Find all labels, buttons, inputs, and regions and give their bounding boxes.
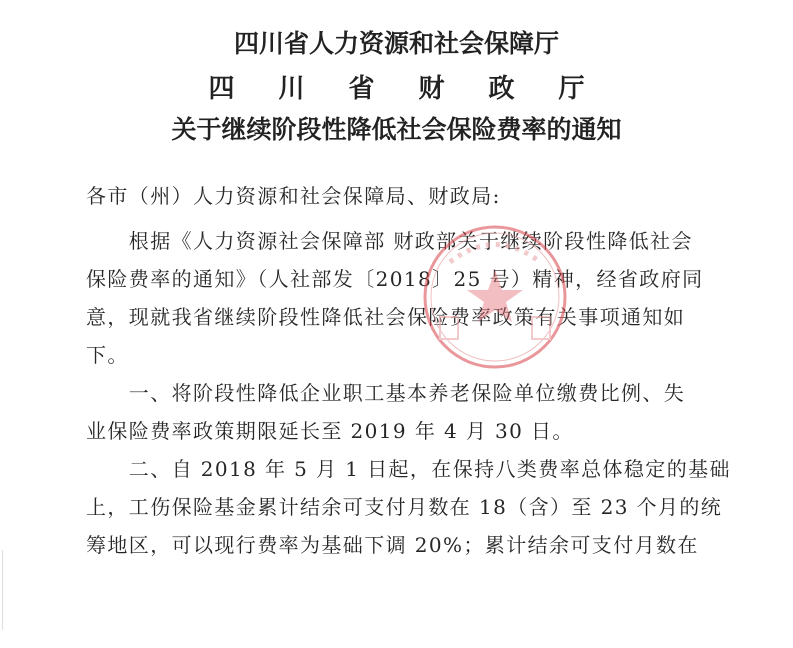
scan-edge-line	[2, 550, 3, 630]
issuer-char: 政	[489, 68, 515, 105]
paragraph-line: 根据《人力资源社会保障部 财政部关于继续阶段性降低社会	[86, 228, 706, 254]
issuer-char: 川	[278, 68, 304, 105]
issuer-char: 财	[419, 68, 445, 105]
issuer-title-hrss: 四川省人力资源和社会保障厅	[0, 24, 793, 60]
addressee: 各市（州）人力资源和社会保障局、财政局:	[86, 183, 706, 209]
issuer-char: 四	[208, 68, 234, 105]
paragraph-line: 一、将阶段性降低企业职工基本养老保险单位缴费比例、失	[86, 380, 706, 406]
paragraph-line: 保险费率的通知》（人社部发〔2018〕25 号）精神，经省政府同	[86, 266, 706, 292]
document-title: 关于继续阶段性降低社会保险费率的通知	[0, 110, 793, 146]
document-page: 四川省人力资源和社会保障厅 四川省财政厅 关于继续阶段性降低社会保险费率的通知 …	[0, 0, 793, 648]
paragraph-line: 筹地区，可以现行费率为基础下调 20%；累计结余可支付月数在	[86, 532, 706, 558]
paragraph-line: 意，现就我省继续阶段性降低社会保险费率政策有关事项通知如	[86, 304, 706, 330]
issuer-char: 厅	[559, 68, 585, 105]
paragraph-line: 上，工伤保险基金累计结余可支付月数在 18（含）至 23 个月的统	[86, 494, 706, 520]
issuer-title-finance: 四川省财政厅	[0, 68, 793, 105]
paragraph-line: 下。	[86, 342, 706, 368]
paragraph-line: 业保险费率政策期限延长至 2019 年 4 月 30 日。	[86, 418, 706, 444]
issuer-char: 省	[348, 68, 374, 105]
paragraph-line: 二、自 2018 年 5 月 1 日起，在保持八类费率总体稳定的基础	[86, 456, 706, 482]
